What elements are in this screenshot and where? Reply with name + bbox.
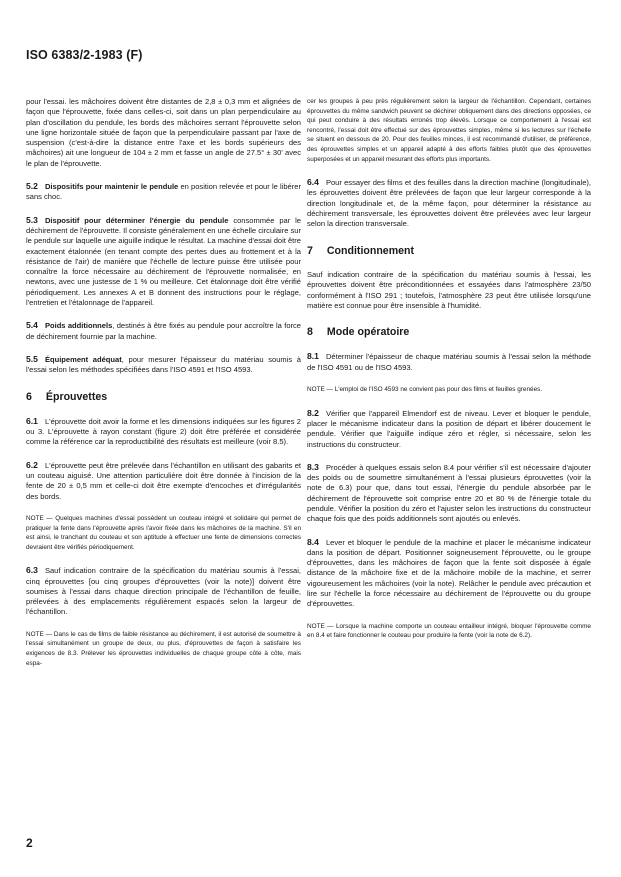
section-text: Pour essayer des films et des feuilles d… bbox=[307, 178, 591, 228]
page-number: 2 bbox=[26, 836, 33, 850]
section-number: 5.2 bbox=[26, 181, 38, 191]
section-title: Dispositifs pour maintenir le pendule bbox=[45, 182, 178, 191]
section-6-3: 6.3Sauf indication contraire de la spéci… bbox=[26, 565, 301, 617]
section-title: Dispositif pour déterminer l'énergie du … bbox=[45, 216, 228, 225]
section-number: 8.4 bbox=[307, 537, 319, 547]
section-title: Équipement adéquat bbox=[45, 355, 122, 364]
note-6-3: NOTE — Dans le cas de films de faible ré… bbox=[26, 630, 301, 668]
section-text: consommée par le déchirement de l'éprouv… bbox=[26, 216, 301, 307]
heading-title: Mode opératoire bbox=[327, 326, 409, 338]
section-8-1: 8.1Déterminer l'épaisseur de chaque maté… bbox=[307, 351, 591, 373]
note-6-3-continued: cer les groupes à peu près régulièrement… bbox=[307, 97, 591, 164]
section-number: 8.2 bbox=[307, 408, 319, 418]
paragraph-intro: pour l'essai. les mâchoires doivent être… bbox=[26, 97, 301, 169]
document-header: ISO 6383/2-1983 (F) bbox=[26, 48, 143, 62]
section-text: Déterminer l'épaisseur de chaque matéria… bbox=[307, 352, 591, 371]
section-text: L'éprouvette doit avoir la forme et les … bbox=[26, 417, 301, 447]
section-number: 6.1 bbox=[26, 416, 38, 426]
section-8-3: 8.3Procéder à quelques essais selon 8.4 … bbox=[307, 462, 591, 525]
section-number: 6.4 bbox=[307, 177, 319, 187]
section-number: 5.3 bbox=[26, 215, 38, 225]
heading-section-8: 8Mode opératoire bbox=[307, 327, 591, 337]
section-6-1: 6.1L'éprouvette doit avoir la forme et l… bbox=[26, 416, 301, 448]
section-text: Sauf indication contraire de la spécific… bbox=[26, 566, 301, 616]
section-5-5: 5.5Équipement adéquat, pour mesurer l'ép… bbox=[26, 354, 301, 376]
section-6-2: 6.2L'éprouvette peut être prélevée dans … bbox=[26, 460, 301, 502]
note-6-2: NOTE — Quelques machines d'essai possède… bbox=[26, 514, 301, 552]
note-8-1: NOTE — L'emploi de l'ISO 4593 ne convien… bbox=[307, 385, 591, 395]
section-number: 8.3 bbox=[307, 462, 319, 472]
heading-title: Éprouvettes bbox=[46, 391, 107, 403]
section-number: 8.1 bbox=[307, 351, 319, 361]
section-text: Procéder à quelques essais selon 8.4 pou… bbox=[307, 463, 591, 523]
note-8-4: NOTE — Lorsque la machine comporte un co… bbox=[307, 622, 591, 641]
section-number: 5.5 bbox=[26, 354, 38, 364]
section-text: L'éprouvette peut être prélevée dans l'é… bbox=[26, 461, 301, 501]
section-7-text: Sauf indication contraire de la spécific… bbox=[307, 270, 591, 311]
section-8-4: 8.4Lever et bloquer le pendule de la mac… bbox=[307, 537, 591, 610]
section-text: Lever et bloquer le pendule de la machin… bbox=[307, 538, 591, 609]
section-number: 6.2 bbox=[26, 460, 38, 470]
heading-title: Conditionnement bbox=[327, 245, 414, 257]
heading-section-7: 7Conditionnement bbox=[307, 246, 591, 256]
section-5-4: 5.4Poids additionnels, destinés à être f… bbox=[26, 320, 301, 342]
heading-section-6: 6Éprouvettes bbox=[26, 392, 301, 402]
heading-number: 6 bbox=[26, 391, 32, 403]
section-5-2: 5.2Dispositifs pour maintenir le pendule… bbox=[26, 181, 301, 203]
section-number: 6.3 bbox=[26, 565, 38, 575]
heading-number: 7 bbox=[307, 245, 313, 257]
section-6-4: 6.4Pour essayer des films et des feuille… bbox=[307, 177, 591, 229]
section-5-3: 5.3Dispositif pour déterminer l'énergie … bbox=[26, 215, 301, 309]
left-column: pour l'essai. les mâchoires doivent être… bbox=[26, 97, 301, 681]
right-column: cer les groupes à peu près régulièrement… bbox=[307, 97, 591, 654]
section-number: 5.4 bbox=[26, 320, 38, 330]
section-text: Vérifier que l'appareil Elmendorf est de… bbox=[307, 409, 591, 449]
section-8-2: 8.2Vérifier que l'appareil Elmendorf est… bbox=[307, 408, 591, 450]
section-title: Poids additionnels bbox=[45, 321, 112, 330]
heading-number: 8 bbox=[307, 326, 313, 338]
